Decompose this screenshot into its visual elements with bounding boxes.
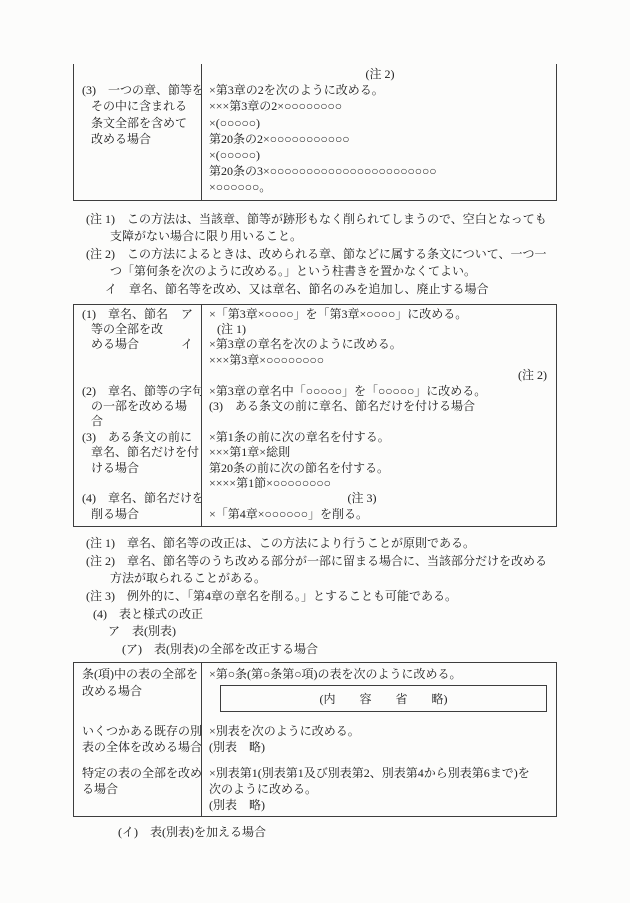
note-1-continuation: 支障がない場合に限り用いること。 xyxy=(86,228,557,246)
section-heading-4: (4) 表と様式の改正 xyxy=(73,606,557,624)
case-label-line: 章名、節名だけを付 xyxy=(82,445,198,460)
note-1-line: (注 1) この方法は、当該章、節等が跡形もなく削られてしまうので、空白となって… xyxy=(86,211,557,229)
table-top-left-cell: (3) 一つの章、節等を その中に含まれる 条文全部を含めて 改める場合 xyxy=(74,64,202,200)
formula-line: ×第1条の前に次の章名を付する。 xyxy=(209,430,551,445)
case-label-line: (1) 章名、節名ア xyxy=(82,307,198,322)
case-label-line: 表の全体を改める場合 xyxy=(82,739,198,755)
case-label-line: (2) 章名、節等の字句 xyxy=(82,384,198,399)
note-ref-line: (注 1) xyxy=(209,322,551,337)
note-ref-line: (注 2) xyxy=(209,66,551,82)
case-label-line: める場合イ xyxy=(82,337,198,352)
case-label-line: (3) ある条文の前に xyxy=(82,430,198,445)
case-label-line: 条(項)中の表の全部を xyxy=(82,666,198,682)
note-2-continuation: つ「第何条を次のように改める。」という柱書きを置かなくてよい。 xyxy=(86,263,557,281)
formula-line: ×第3章の2を次のように改める。 xyxy=(209,82,551,98)
formula-line: ×第○条(第○条第○項)の表を次のように改める。 xyxy=(209,666,551,682)
case-label-line: その中に含まれる xyxy=(82,98,198,114)
formula-line: ×××第1章×総則 xyxy=(209,445,551,460)
formula-line: 次のように改める。 xyxy=(209,781,551,797)
table-bottom-right-cell: ×第○条(第○条第○項)の表を次のように改める。 (内 容 省 略) xyxy=(202,663,556,719)
table-bottom-left-cell: 特定の表の全部を改め る場合 xyxy=(74,762,202,816)
blank-line xyxy=(82,476,198,491)
note-ref-line: (注 3) xyxy=(209,491,551,506)
case-label-line: 改める場合 xyxy=(82,131,198,147)
formula-line: ××××第1節×○○○○○○○○ xyxy=(209,476,551,491)
table-bottom-left-cell: 条(項)中の表の全部を 改める場合 xyxy=(74,663,202,719)
table-row: いくつかある既存の別 表の全体を改める場合 ×別表を次のように改める。 (別表 … xyxy=(74,720,556,762)
case-heading-line: (3) ある条文の前に章名、節名だけを付ける場合 xyxy=(209,399,551,414)
formula-line: ×○○○○○○。 xyxy=(209,179,551,195)
table-row: 条(項)中の表の全部を 改める場合 ×第○条(第○条第○項)の表を次のように改め… xyxy=(74,663,556,719)
case-label-text: (1) 章名、節名 xyxy=(82,307,168,322)
table-chapter-wholesale-amend: (3) 一つの章、節等を その中に含まれる 条文全部を含めて 改める場合 (注 … xyxy=(73,64,557,201)
note-2-line: (注 2) 章名、節名等のうち改める部分が一部に留まる場合に、当該部分だけを改め… xyxy=(86,553,557,571)
case-label-line: いくつかある既存の別 xyxy=(82,723,198,739)
table-mid-right-cell: ×「第3章×○○○○」を「第3章×○○○○」に改める。 (注 1) ×第3章の章… xyxy=(202,305,556,527)
content-omitted-text: (内 容 省 略) xyxy=(320,690,448,707)
document-page: (3) 一つの章、節等を その中に含まれる 条文全部を含めて 改める場合 (注 … xyxy=(0,0,630,903)
formula-line: ×第3章の章名を次のように改める。 xyxy=(209,337,551,352)
formula-line: ×××第3章の2×○○○○○○○○ xyxy=(209,98,551,114)
table-row: 特定の表の全部を改め る場合 ×別表第1(別表第1及び別表第2、別表第4から別表… xyxy=(74,762,556,816)
formula-line: ×別表第1(別表第1及び別表第2、別表第4から別表第6まで)を xyxy=(209,765,551,781)
formula-line: 第20条の前に次の節名を付する。 xyxy=(209,461,551,476)
table-bottom-left-cell: いくつかある既存の別 表の全体を改める場合 xyxy=(74,720,202,762)
section-heading-a: ア 表(別表) xyxy=(73,623,557,641)
case-label-line: る場合 xyxy=(82,781,198,797)
case-label-line: の一部を改める場 xyxy=(82,399,198,414)
case-label-line: (4) 章名、節名だけを xyxy=(82,491,198,506)
formula-line: 第20条の2×○○○○○○○○○○○ xyxy=(209,131,551,147)
formula-line: ×「第4章×○○○○○○」を削る。 xyxy=(209,507,551,522)
table-appended-table-amend: 条(項)中の表の全部を 改める場合 ×第○条(第○条第○項)の表を次のように改め… xyxy=(73,662,557,816)
blank-line xyxy=(82,368,198,383)
note-3-line: (注 3) 例外的に、「第4章の章名を削る。」とすることも可能である。 xyxy=(86,588,557,606)
notes-block-b: (注 1) 章名、節名等の改正は、この方法により行うことが原則である。 (注 2… xyxy=(73,535,557,605)
formula-line: (別表 略) xyxy=(209,739,551,755)
note-ref-line: (注 2) xyxy=(209,368,551,383)
formula-line: ×「第3章×○○○○」を「第3章×○○○○」に改める。 xyxy=(209,307,551,322)
table-bottom-right-cell: ×別表を次のように改める。 (別表 略) xyxy=(202,720,556,762)
case-label-line: (3) 一つの章、節等を xyxy=(82,82,198,98)
blank-line xyxy=(82,66,198,82)
formula-line: ×第3章の章名中「○○○○○」を「○○○○○」に改める。 xyxy=(209,384,551,399)
section-heading-aa: (ア) 表(別表)の全部を改正する場合 xyxy=(73,641,557,659)
page-content: (3) 一つの章、節等を その中に含まれる 条文全部を含めて 改める場合 (注 … xyxy=(73,64,557,841)
table-top-right-cell: (注 2) ×第3章の2を次のように改める。 ×××第3章の2×○○○○○○○○… xyxy=(202,64,556,200)
case-label-text: める場合 xyxy=(91,337,139,352)
formula-line: ×××第3章×○○○○○○○○ xyxy=(209,353,551,368)
case-label-line: 合 xyxy=(82,414,198,429)
blank-line xyxy=(82,353,198,368)
formula-line: 第20条の3×○○○○○○○○○○○○○○○○○○○○○○○ xyxy=(209,163,551,179)
formula-line: ×(○○○○○) xyxy=(209,147,551,163)
case-label-line: 特定の表の全部を改め xyxy=(82,765,198,781)
case-label-line: 等の全部を改 xyxy=(82,322,198,337)
content-omitted-box: (内 容 省 略) xyxy=(220,685,547,712)
marker-b: イ xyxy=(181,337,198,352)
formula-line: (別表 略) xyxy=(209,797,551,813)
table-mid-left-cell: (1) 章名、節名ア 等の全部を改 める場合イ (2) 章名、節等の字句 の一部… xyxy=(74,305,202,527)
notes-block-a: (注 1) この方法は、当該章、節等が跡形もなく削られてしまうので、空白となって… xyxy=(73,211,557,281)
note-2-continuation: 方法が取られることがある。 xyxy=(86,570,557,588)
case-label-line: 改める場合 xyxy=(82,683,198,699)
case-label-line: 削る場合 xyxy=(82,507,198,522)
case-label-line: 条文全部を含めて xyxy=(82,115,198,131)
table-chapter-name-amend: (1) 章名、節名ア 等の全部を改 める場合イ (2) 章名、節等の字句 の一部… xyxy=(73,304,557,528)
formula-line: ×(○○○○○) xyxy=(209,115,551,131)
blank-line xyxy=(209,414,551,429)
section-heading-ii: (イ) 表(別表)を加える場合 xyxy=(73,824,557,842)
note-1-line: (注 1) 章名、節名等の改正は、この方法により行うことが原則である。 xyxy=(86,535,557,553)
case-label-line: ける場合 xyxy=(82,461,198,476)
formula-line: ×別表を次のように改める。 xyxy=(209,723,551,739)
section-heading-i: イ 章名、節名等を改め、又は章名、節名のみを追加し、廃止する場合 xyxy=(73,281,557,299)
table-bottom-right-cell: ×別表第1(別表第1及び別表第2、別表第4から別表第6まで)を 次のように改める… xyxy=(202,762,556,816)
marker-a: ア xyxy=(181,307,198,322)
note-2-line: (注 2) この方法によるときは、改められる章、節などに属する条文について、一つ… xyxy=(86,246,557,264)
